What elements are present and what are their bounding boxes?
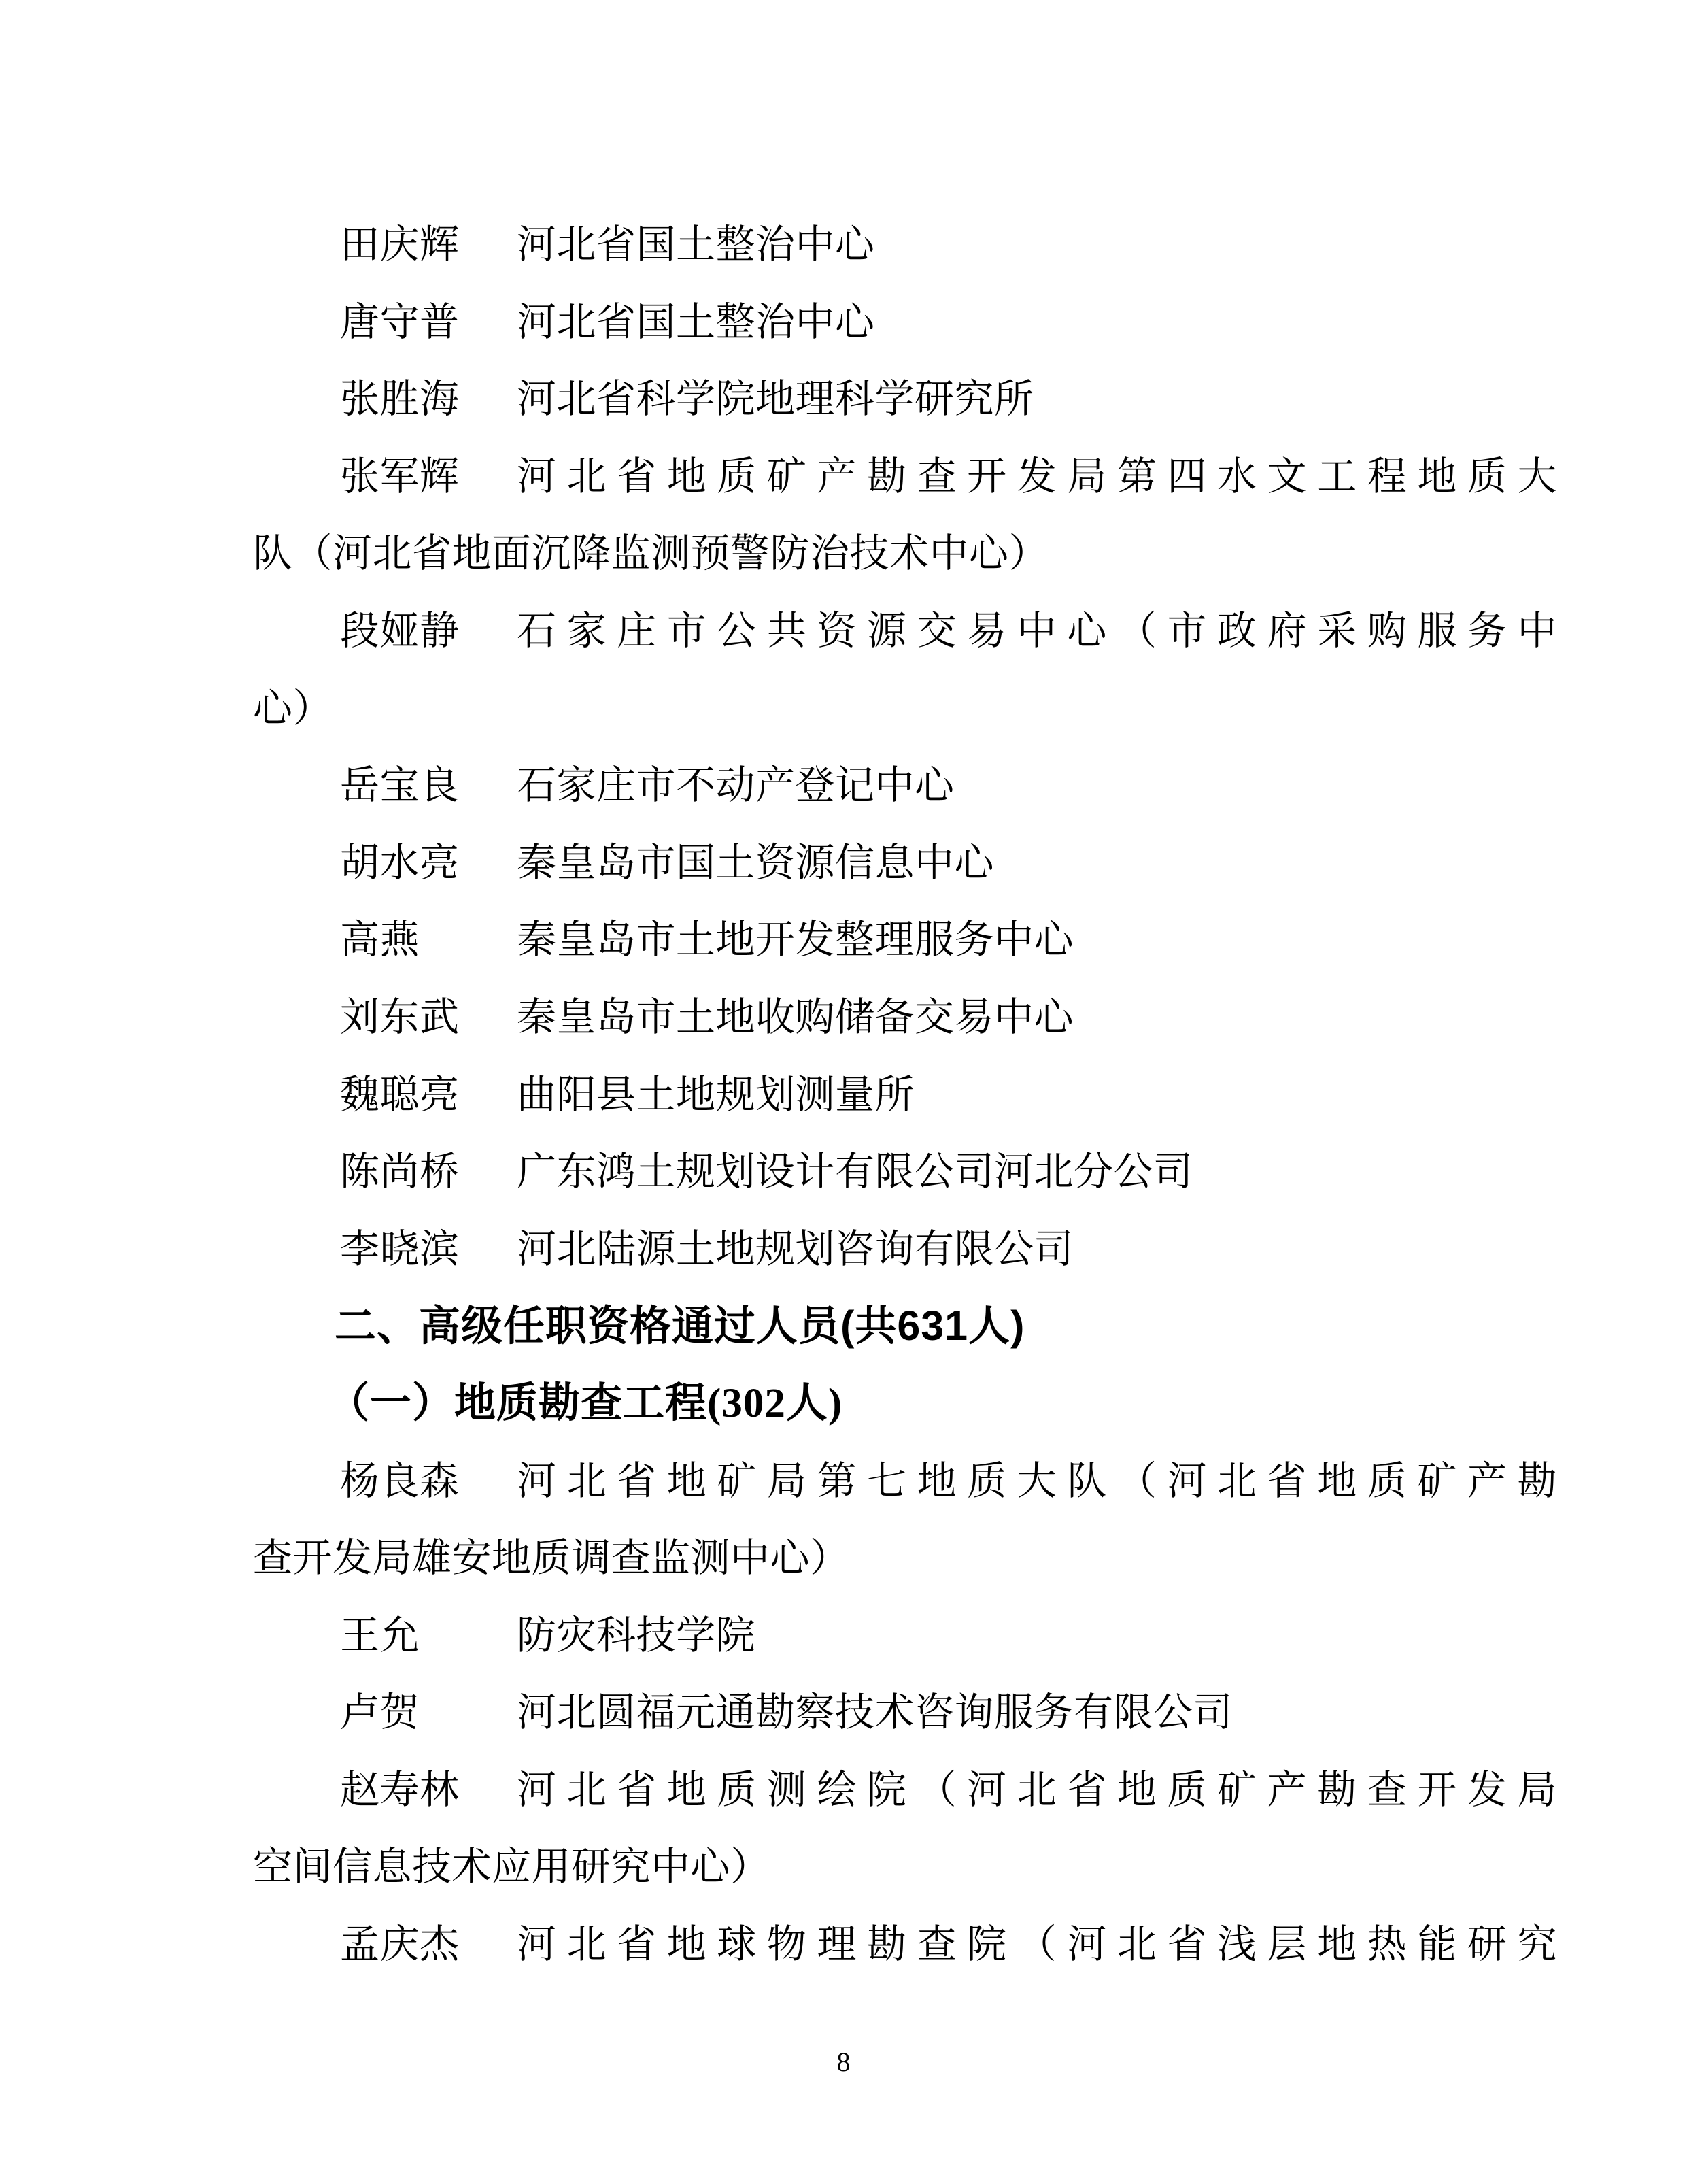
org-name: 河北省地质矿产勘查开发局第四水文工程地质大: [517, 438, 1557, 516]
entry-line: 卢贺河北圆福元通勘察技术咨询服务有限公司: [253, 1674, 1557, 1751]
org-name: 河北省地球物理勘查院（河北省浅层地热能研究: [517, 1906, 1557, 1983]
person-name: 李晓滨: [340, 1211, 517, 1288]
entry-line: 刘东武秦皇岛市土地收购储备交易中心: [253, 979, 1557, 1056]
person-name: 张胜海: [340, 360, 517, 438]
org-name: 河北省科学院地理科学研究所: [517, 360, 1557, 438]
person-name: 高燕: [340, 901, 517, 979]
org-name: 河北省地矿局第七地质大队（河北省地质矿产勘: [517, 1443, 1557, 1520]
entry-line: 孟庆杰河北省地球物理勘查院（河北省浅层地热能研究: [253, 1906, 1557, 1983]
person-name: 岳宝良: [340, 747, 517, 824]
entry-line: 胡水亮秦皇岛市国土资源信息中心: [253, 824, 1557, 902]
page-number: 8: [0, 2042, 1687, 2083]
person-name: 田庆辉: [340, 206, 517, 284]
org-name: 河北省国土整治中心: [517, 284, 1557, 361]
entry-line: 王允防灾科技学院: [253, 1597, 1557, 1675]
entry-line: 高燕秦皇岛市土地开发整理服务中心: [253, 901, 1557, 979]
org-name: 秦皇岛市土地收购储备交易中心: [517, 979, 1557, 1056]
document-page: 田庆辉河北省国土整治中心唐守普河北省国土整治中心张胜海河北省科学院地理科学研究所…: [0, 0, 1687, 2184]
org-name: 广东鸿土规划设计有限公司河北分公司: [517, 1133, 1557, 1211]
org-name: 秦皇岛市土地开发整理服务中心: [517, 901, 1557, 979]
entry-line: 陈尚桥广东鸿土规划设计有限公司河北分公司: [253, 1133, 1557, 1211]
continuation-line: 队（河北省地面沉降监测预警防治技术中心）: [253, 515, 1557, 592]
entry-line: 张胜海河北省科学院地理科学研究所: [253, 360, 1557, 438]
entry-line: 李晓滨河北陆源土地规划咨询有限公司: [253, 1211, 1557, 1288]
person-name: 段娅静: [340, 592, 517, 670]
entry-line: 岳宝良石家庄市不动产登记中心: [253, 747, 1557, 824]
person-name: 魏聪亮: [340, 1056, 517, 1134]
continuation-line: 心）: [253, 670, 1557, 747]
section-heading: 二、高级任职资格通过人员(共631人): [253, 1288, 1557, 1365]
person-name: 唐守普: [340, 284, 517, 361]
entry-line: 张军辉河北省地质矿产勘查开发局第四水文工程地质大: [253, 438, 1557, 516]
org-name: 河北圆福元通勘察技术咨询服务有限公司: [517, 1674, 1557, 1751]
entry-line: 田庆辉河北省国土整治中心: [253, 206, 1557, 284]
entry-line: 魏聪亮曲阳县土地规划测量所: [253, 1056, 1557, 1134]
person-name: 赵寿林: [340, 1751, 517, 1829]
org-name: 河北省地质测绘院（河北省地质矿产勘查开发局: [517, 1751, 1557, 1829]
org-name: 秦皇岛市国土资源信息中心: [517, 824, 1557, 902]
org-name: 石家庄市公共资源交易中心（市政府采购服务中: [517, 592, 1557, 670]
org-name: 曲阳县土地规划测量所: [517, 1056, 1557, 1134]
org-name: 河北陆源土地规划咨询有限公司: [517, 1211, 1557, 1288]
person-name: 陈尚桥: [340, 1133, 517, 1211]
person-name: 杨良森: [340, 1443, 517, 1520]
entry-line: 唐守普河北省国土整治中心: [253, 284, 1557, 361]
document-lines: 田庆辉河北省国土整治中心唐守普河北省国土整治中心张胜海河北省科学院地理科学研究所…: [253, 206, 1557, 1983]
continuation-line: 查开发局雄安地质调查监测中心）: [253, 1519, 1557, 1597]
org-name: 防灾科技学院: [517, 1597, 1557, 1675]
person-name: 张军辉: [340, 438, 517, 516]
continuation-line: 空间信息技术应用研究中心）: [253, 1828, 1557, 1906]
org-name: 石家庄市不动产登记中心: [517, 747, 1557, 824]
person-name: 胡水亮: [340, 824, 517, 902]
org-name: 河北省国土整治中心: [517, 206, 1557, 284]
person-name: 卢贺: [340, 1674, 517, 1751]
entry-line: 赵寿林河北省地质测绘院（河北省地质矿产勘查开发局: [253, 1751, 1557, 1829]
entry-line: 段娅静石家庄市公共资源交易中心（市政府采购服务中: [253, 592, 1557, 670]
person-name: 孟庆杰: [340, 1906, 517, 1983]
person-name: 王允: [340, 1597, 517, 1675]
subsection-heading: （一）地质勘查工程(302人): [253, 1365, 1557, 1443]
entry-line: 杨良森河北省地矿局第七地质大队（河北省地质矿产勘: [253, 1443, 1557, 1520]
person-name: 刘东武: [340, 979, 517, 1056]
